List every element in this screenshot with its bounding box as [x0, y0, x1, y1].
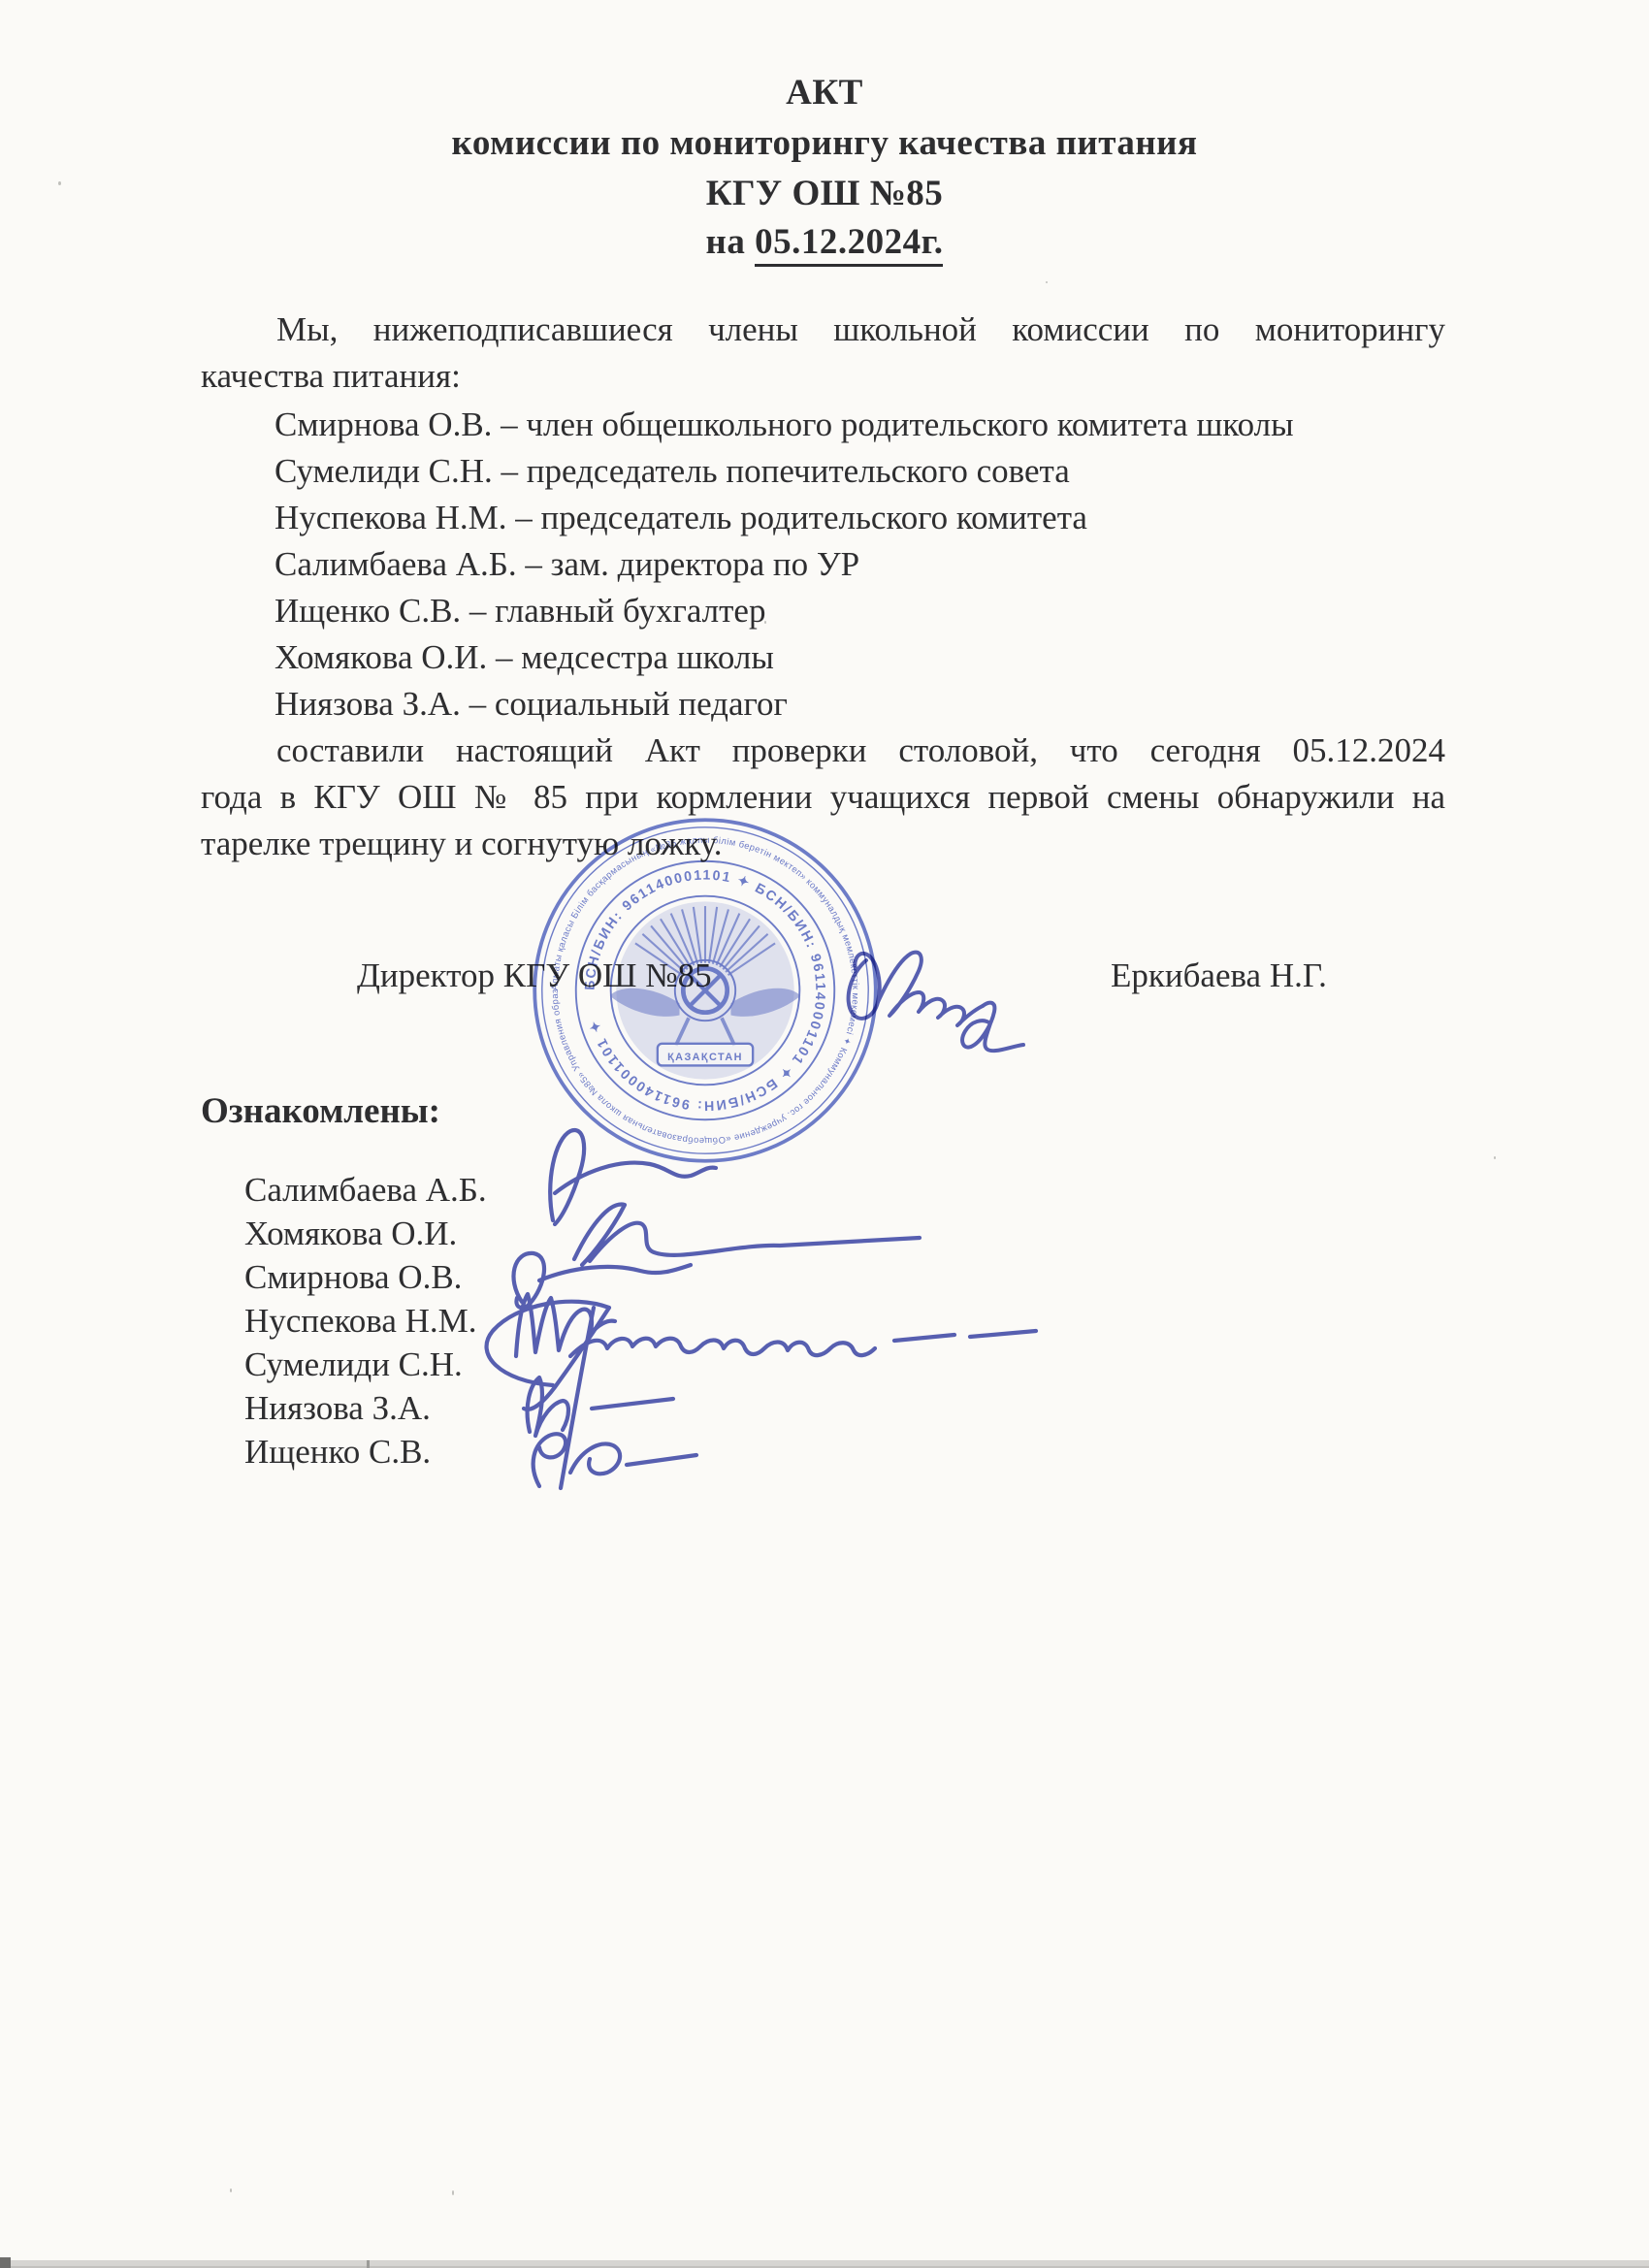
- member-line: Ищенко С.В. – главный бухгалтер: [275, 590, 765, 632]
- document-title: АКТ: [0, 74, 1649, 113]
- date-prefix: на: [706, 222, 756, 262]
- scan-speck: [764, 621, 766, 624]
- member-line: Сумелиди С.Н. – председатель попечительс…: [275, 450, 1070, 493]
- scanned-document-page: АКТ комиссии по мониторингу качества пит…: [0, 0, 1649, 2268]
- member-line: Смирнова О.В. – член общешкольного родит…: [275, 404, 1294, 446]
- director-signature: [829, 917, 1033, 1082]
- scan-speck: [749, 434, 751, 437]
- scan-speck: [230, 2188, 232, 2192]
- scan-speck: [1494, 1156, 1496, 1159]
- acknowledged-name: Смирнова О.В.: [244, 1256, 462, 1299]
- signature-smirnova: [513, 1253, 691, 1308]
- intro-line-2: качества питания:: [201, 355, 461, 398]
- scan-edge-tick: [367, 2260, 370, 2268]
- member-line: Салимбаева А.Б. – зам. директора по УР: [275, 543, 859, 586]
- scan-speck: [1046, 281, 1048, 283]
- intro-line-1: Мы, нижеподписавшиеся члены школьной ком…: [276, 308, 1445, 351]
- signature-salimbaeva: [550, 1130, 716, 1224]
- scan-speck: [58, 181, 61, 185]
- member-line: Ниязова З.А. – социальный педагог: [275, 683, 788, 726]
- emblem-country-label: ҚАЗАҚСТАН: [667, 1052, 743, 1063]
- document-date-line: на 05.12.2024г.: [0, 223, 1649, 262]
- scan-corner-mark: [0, 2257, 11, 2268]
- kazakhstan-emblem: ҚАЗАҚСТАН: [610, 901, 801, 1079]
- body-line-1: составили настоящий Акт проверки столово…: [276, 729, 1445, 772]
- scan-speck: [452, 2190, 454, 2195]
- acknowledged-name: Ищенко С.В.: [244, 1431, 431, 1474]
- signature-sumelidi-script: [570, 1331, 1036, 1356]
- acknowledged-name: Нуспекова Н.М.: [244, 1300, 477, 1343]
- member-line: Нуспекова Н.М. – председатель родительск…: [275, 497, 1087, 539]
- document-school-name: КГУ ОШ №85: [0, 175, 1649, 213]
- acknowledged-name: Хомякова О.И.: [244, 1213, 457, 1255]
- acknowledged-signatures: [446, 1096, 1125, 1513]
- signature-ishchenko: [533, 1434, 696, 1486]
- director-name: Еркибаева Н.Г.: [1111, 955, 1327, 997]
- document-subtitle: комиссии по мониторингу качества питания: [0, 124, 1649, 163]
- acknowledged-name: Ниязова З.А.: [244, 1387, 431, 1430]
- document-date: 05.12.2024г.: [755, 222, 943, 267]
- acknowledged-heading: Ознакомлены:: [201, 1090, 440, 1132]
- member-line: Хомякова О.И. – медсестра школы: [275, 636, 774, 679]
- acknowledged-name: Сумелиди С.Н.: [244, 1344, 463, 1386]
- signature-khomyakova: [574, 1205, 920, 1265]
